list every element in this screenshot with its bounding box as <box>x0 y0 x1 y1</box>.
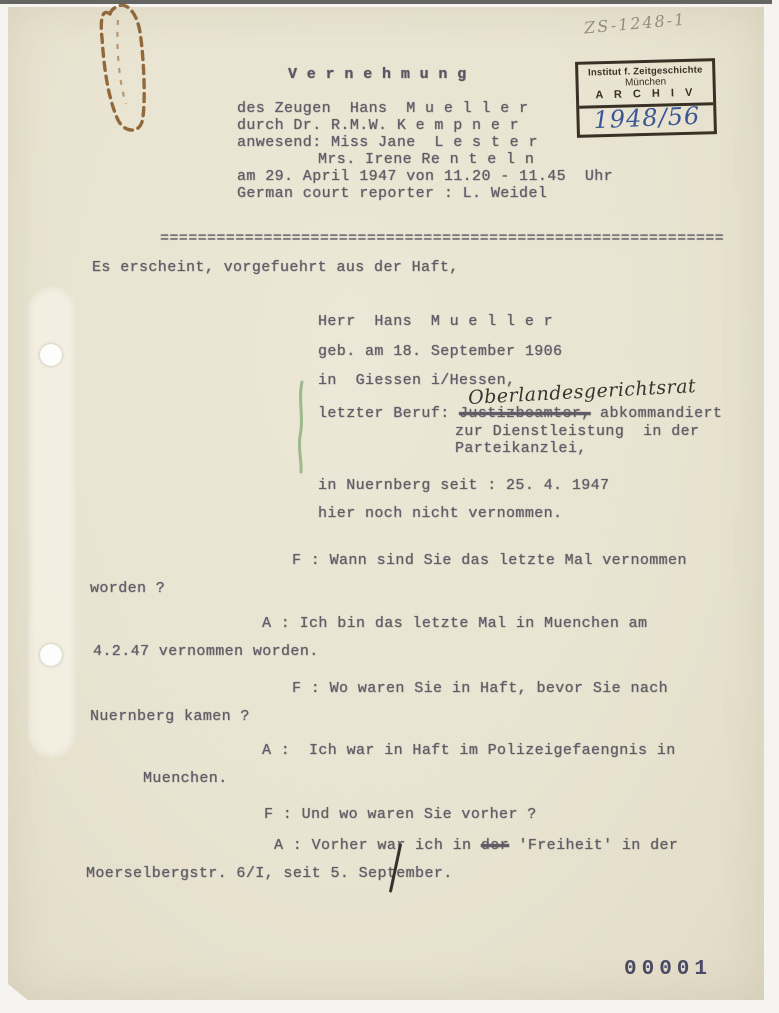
answer-3-line-1: A : Vorher war ich in der 'Freiheit' in … <box>274 837 678 855</box>
question-1-line-2: worden ? <box>90 580 165 598</box>
person-name-line: Herr Hans M u e l l e r <box>318 313 553 331</box>
answer-3-line-2: Moerselbergstr. 6/I, seit 5. September. <box>86 865 453 883</box>
answer-3-prefix: A : Vorher war ich in <box>274 837 481 854</box>
present-line-2: Mrs. Irene Re n t e l n <box>318 151 534 169</box>
profession-prefix: letzter Beruf: <box>318 405 459 422</box>
profession-suffix: abkommandiert <box>591 405 723 422</box>
reporter-line: German court reporter : L. Weidel <box>237 185 547 203</box>
present-line-1: anwesend: Miss Jane L e s t e r <box>237 134 538 152</box>
document-scan: ZS-1248-1 Institut f. Zeitgeschichte Mün… <box>0 0 779 1013</box>
question-2-line-1: F : Wo waren Sie in Haft, bevor Sie nach <box>292 680 668 698</box>
stamp-number-handwriting: 1948/56 <box>593 102 701 135</box>
answer-2-line-1: A : Ich war in Haft im Polizeigefaengnis… <box>262 742 676 760</box>
archive-stamp: Institut f. Zeitgeschichte München A R C… <box>575 58 717 138</box>
punch-hole-top <box>40 344 62 366</box>
question-3-line-1: F : Und wo waren Sie vorher ? <box>264 806 537 824</box>
profession-struck-word: Justizbeamter, <box>459 405 591 422</box>
answer-3-struck-word: der <box>481 837 509 854</box>
birth-line: geb. am 18. September 1906 <box>318 343 562 361</box>
divider-line: ========================================… <box>160 230 724 248</box>
page-number-stamp: 00001 <box>624 958 712 981</box>
answer-3-suffix: 'Freiheit' in der <box>509 837 678 854</box>
nuernberg-line: in Nuernberg seit : 25. 4. 1947 <box>318 477 609 495</box>
document-title: V e r n e h m u n g <box>288 66 467 84</box>
interrogator-line: durch Dr. R.M.W. K e m p n e r <box>237 117 519 135</box>
witness-line: des Zeugen Hans M u e l l e r <box>237 100 528 118</box>
answer-1-line-2: 4.2.47 vernommen worden. <box>93 643 319 661</box>
intro-line: Es erscheint, vorgefuehrt aus der Haft, <box>92 259 459 277</box>
question-1-line-1: F : Wann sind Sie das letzte Mal vernomm… <box>292 552 687 570</box>
answer-1-line-1: A : Ich bin das letzte Mal in Muenchen a… <box>262 615 647 633</box>
not-examined-line: hier noch nicht vernommen. <box>318 505 562 523</box>
datetime-line: am 29. April 1947 von 11.20 - 11.45 Uhr <box>237 168 613 186</box>
stamp-number-box: 1948/56 <box>579 105 714 134</box>
green-pencil-margin-mark <box>296 380 308 474</box>
stamp-archiv-line: A R C H I V <box>581 86 711 101</box>
paperclip-rust-mark-icon <box>88 0 173 138</box>
question-2-line-2: Nuernberg kamen ? <box>90 708 250 726</box>
profession-line-2: zur Dienstleistung in der <box>455 423 699 441</box>
profession-line-3: Parteikanzlei, <box>455 440 587 458</box>
profession-line: letzter Beruf: Justizbeamter, abkommandi… <box>318 405 722 423</box>
answer-2-line-2: Muenchen. <box>143 770 228 788</box>
punch-hole-bottom <box>40 644 62 666</box>
